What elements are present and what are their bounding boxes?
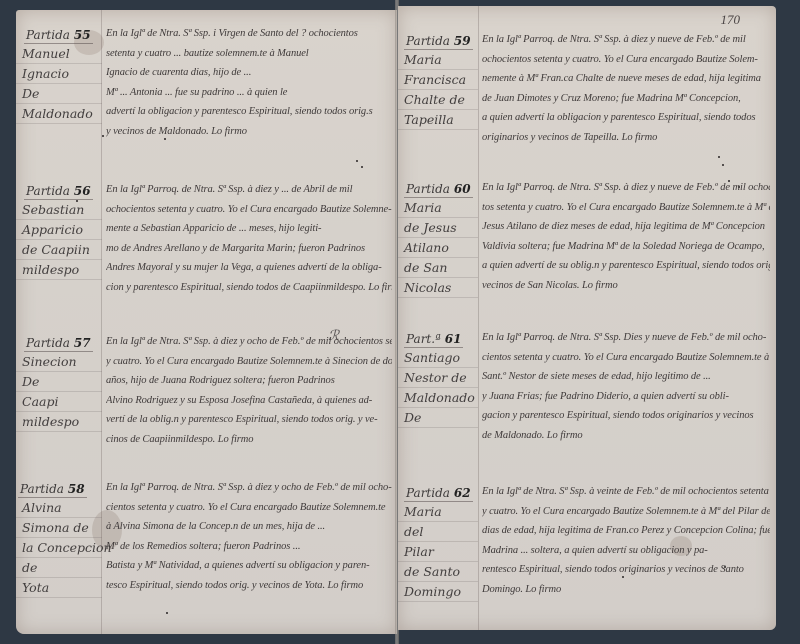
baptized-name-line: Yota [16,578,102,598]
ink-speck [102,135,104,137]
body-line: dias de edad, hija legitima de Fran.co P… [482,521,770,541]
entry-label: Partida57 [24,336,93,352]
body-line: rentesco Espiritual, siendo todos origin… [482,560,770,580]
body-line: à Alvina Simona de la Concep.n de un mes… [106,517,392,537]
entry-body: En la Iglª Parroq. de Ntra. Sª Ssp. à di… [106,478,392,595]
left-page: Partida55 Manuel Ignacio De Maldonado En… [16,10,397,634]
baptized-name-line: la Concepcion [16,538,102,558]
body-line: Jesus Atilano de diez meses de edad, hij… [482,217,770,237]
body-line: advertí la obligacion y parentesco Espir… [106,102,392,122]
entry-number: 61 [445,332,462,346]
body-line: cientos setenta y cuatro. Yo el Cura enc… [106,498,392,518]
body-line: gacion y parentesco Espiritual, siendo t… [482,406,770,426]
body-line: Sant.º Nestor de siete meses de edad, hi… [482,367,770,387]
entry-label: Partida60 [404,182,473,198]
right-page: 170 Partida59 Maria Francisca Chalte de … [398,6,776,630]
baptized-name-line: Chalte de [398,90,478,110]
baptized-name-line: Atilano [398,238,478,258]
baptized-name-line: mildespo [16,260,102,280]
body-line: mo de Andres Arellano y de Margarita Mar… [106,239,392,259]
entry-body: En la Iglª Parroq. de Ntra. Sª Ssp. à di… [106,180,392,297]
baptized-name-line: Sebastian [16,200,102,220]
register-entry: Partida60 Maria de Jesus Atilano de San … [398,178,776,308]
entry-body: En la Iglª Parroq. de Ntra. Sª Ssp. Dies… [482,328,770,445]
register-entry: Part.ª61 Santiago Nestor de Maldonado De… [398,328,776,458]
ink-speck [76,200,78,202]
body-line: cientos setenta y cuatro. Yo el Cura enc… [482,348,770,368]
ink-speck [356,160,358,162]
ink-speck [728,180,730,182]
register-entry: Partida59 Maria Francisca Chalte de Tape… [398,30,776,160]
baptized-name-line: Santiago [398,348,478,368]
body-line: setenta y cuatro ... bautize solemnem.te… [106,44,392,64]
baptized-name-line: de Caapiin [16,240,102,260]
body-line: En la Iglª Parroq. de Ntra. Sª Ssp. à di… [106,478,392,498]
baptized-name-line: Apparicio [16,220,102,240]
body-line: y cuatro. Yo el Cura encargado Bautize S… [106,352,392,372]
entry-number: 62 [454,486,471,500]
baptized-name-line: Maldonado [16,104,102,124]
entry-number: 55 [74,28,91,42]
body-line: a quien advertí la obligacion y parentes… [482,108,770,128]
baptized-name-line: de Santo [398,562,478,582]
body-line: vecinos de San Nicolas. Lo firmo [482,276,770,296]
body-line: de Juan Dimotes y Cruz Moreno; fue Madri… [482,89,770,109]
entry-margin: Partida58 Alvina Simona de la Concepcion… [16,478,102,598]
register-entry: Partida57 Sinecion De Caapi mildespo En … [16,332,397,462]
ink-speck [361,166,363,168]
body-line: tesco Espiritual, siendo todos orig. y v… [106,576,392,596]
baptized-name-line: Tapeilla [398,110,478,130]
body-line: Domingo. Lo firmo [482,580,770,600]
baptized-name-line: Domingo [398,582,478,602]
body-line: En la Iglª de Ntra. Sª Ssp. à diez y och… [106,332,392,352]
entry-margin: Partida56 Sebastian Apparicio de Caapiin… [16,180,102,280]
body-line: años, hijo de Juana Rodriguez soltera; f… [106,371,392,391]
register-entry: Partida62 Maria del Pilar de Santo Domin… [398,482,776,622]
entry-label: Partida55 [24,28,93,44]
register-entry: Partida56 Sebastian Apparicio de Caapiin… [16,180,397,310]
baptized-name-line: de [16,558,102,578]
body-line: mente a Sebastian Apparicio de ... meses… [106,219,392,239]
entry-margin: Partida57 Sinecion De Caapi mildespo [16,332,102,432]
body-line: de Maldonado. Lo firmo [482,426,770,446]
baptized-name-line: Francisca [398,70,478,90]
ink-speck [722,164,724,166]
ink-speck [724,566,726,568]
entry-body: En la Iglª Parroq. de Ntra. Sª Ssp. à di… [482,178,770,295]
entry-number: 59 [454,34,471,48]
body-line: cinos de Caapiinmildespo. Lo firmo [106,430,392,450]
body-line: originarios y vecinos de Tapeilla. Lo fi… [482,128,770,148]
entry-margin: Part.ª61 Santiago Nestor de Maldonado De [398,328,478,428]
body-line: En la Iglª de Ntra. Sª Ssp. i Virgen de … [106,24,392,44]
body-line: Ignacio de cuarenta dias, hijo de ... [106,63,392,83]
baptized-name-line: Manuel [16,44,102,64]
baptized-name-line: Ignacio [16,64,102,84]
ink-speck [718,156,720,158]
body-line: Valdivia soltera; fue Madrina Mª de la S… [482,237,770,257]
body-line: Andres Mayoral y su mujer la Vega, a qui… [106,258,392,278]
entry-margin: Partida55 Manuel Ignacio De Maldonado [16,24,102,124]
baptized-name-line: del [398,522,478,542]
entry-body: En la Iglª de Ntra. Sª Ssp. i Virgen de … [106,24,392,141]
entry-label: Partida58 [18,482,87,498]
body-line: Madrina ... soltera, a quien advertí su … [482,541,770,561]
baptized-name-line: Simona de [16,518,102,538]
body-line: vertí de la oblig.n y parentesco Espirit… [106,410,392,430]
entry-label: Partida56 [24,184,93,200]
entry-body: En la Iglª de Ntra. Sª Ssp. à veinte de … [482,482,770,599]
entry-number: 57 [74,336,91,350]
entry-margin: Partida62 Maria del Pilar de Santo Domin… [398,482,478,602]
baptized-name-line: Nicolas [398,278,478,298]
entry-body: En la Iglª de Ntra. Sª Ssp. à diez y och… [106,332,392,449]
baptized-name-line: Maria [398,502,478,522]
entry-label: Partida59 [404,34,473,50]
folio-number: 170 [721,12,741,28]
entry-margin: Partida60 Maria de Jesus Atilano de San … [398,178,478,298]
body-line: ochocientos setenta y cuatro. Yo el Cura… [106,200,392,220]
body-line: cion y parentesco Espiritual, siendo tod… [106,278,392,298]
baptized-name-line: De [16,372,102,392]
baptized-name-line: Nestor de [398,368,478,388]
body-line: Batista y Mª Natividad, a quienes advert… [106,556,392,576]
body-line: nemente à Mª Fran.ca Chalte de nueve mes… [482,69,770,89]
entry-number: 56 [74,184,91,198]
entry-margin: Partida59 Maria Francisca Chalte de Tape… [398,30,478,130]
body-line: En la Iglª Parroq. de Ntra. Sª Ssp. à di… [106,180,392,200]
body-line: tos setenta y cuatro. Yo el Cura encarga… [482,198,770,218]
baptized-name-line: de Jesus [398,218,478,238]
baptized-name-line: Sinecion [16,352,102,372]
body-line: En la Iglª de Ntra. Sª Ssp. à veinte de … [482,482,770,502]
baptized-name-line: Alvina [16,498,102,518]
body-line: ochocientos setenta y cuatro. Yo el Cura… [482,50,770,70]
body-line: y vecinos de Maldonado. Lo firmo [106,122,392,142]
entry-number: 60 [454,182,471,196]
entry-body: En la Iglª Parroq. de Ntra. Sª Ssp. à di… [482,30,770,147]
ink-speck [622,576,624,578]
body-line: En la Iglª Parroq. de Ntra. Sª Ssp. Dies… [482,328,770,348]
ink-speck [166,612,168,614]
baptized-name-line: Caapi [16,392,102,412]
baptized-name-line: Maria [398,50,478,70]
entry-label: Part.ª61 [404,332,463,348]
register-entry: Partida55 Manuel Ignacio De Maldonado En… [16,24,397,154]
body-line: En la Iglª Parroq. de Ntra. Sª Ssp. à di… [482,178,770,198]
entry-label: Partida62 [404,486,473,502]
body-line: y Juana Frias; fue Padrino Diderio, a qu… [482,387,770,407]
ink-speck [164,138,166,140]
baptized-name-line: Pilar [398,542,478,562]
body-line: Mª de los Remedios soltera; fueron Padri… [106,537,392,557]
baptized-name-line: Maria [398,198,478,218]
baptized-name-line: de San [398,258,478,278]
ink-speck [738,186,740,188]
body-line: En la Iglª Parroq. de Ntra. Sª Ssp. à di… [482,30,770,50]
body-line: a quien advertí de su oblig.n y parentes… [482,256,770,276]
baptized-name-line: mildespo [16,412,102,432]
baptized-name-line: Maldonado [398,388,478,408]
baptized-name-line: De [16,84,102,104]
body-line: Mª ... Antonia ... fue su padrino ... à … [106,83,392,103]
body-line: Alvino Rodriguez y su Esposa Josefina Ca… [106,391,392,411]
register-entry: Partida58 Alvina Simona de la Concepcion… [16,478,397,618]
body-line: y cuatro. Yo el Cura encargado Bautize S… [482,502,770,522]
baptized-name-line: De [398,408,478,428]
entry-number: 58 [68,482,85,496]
